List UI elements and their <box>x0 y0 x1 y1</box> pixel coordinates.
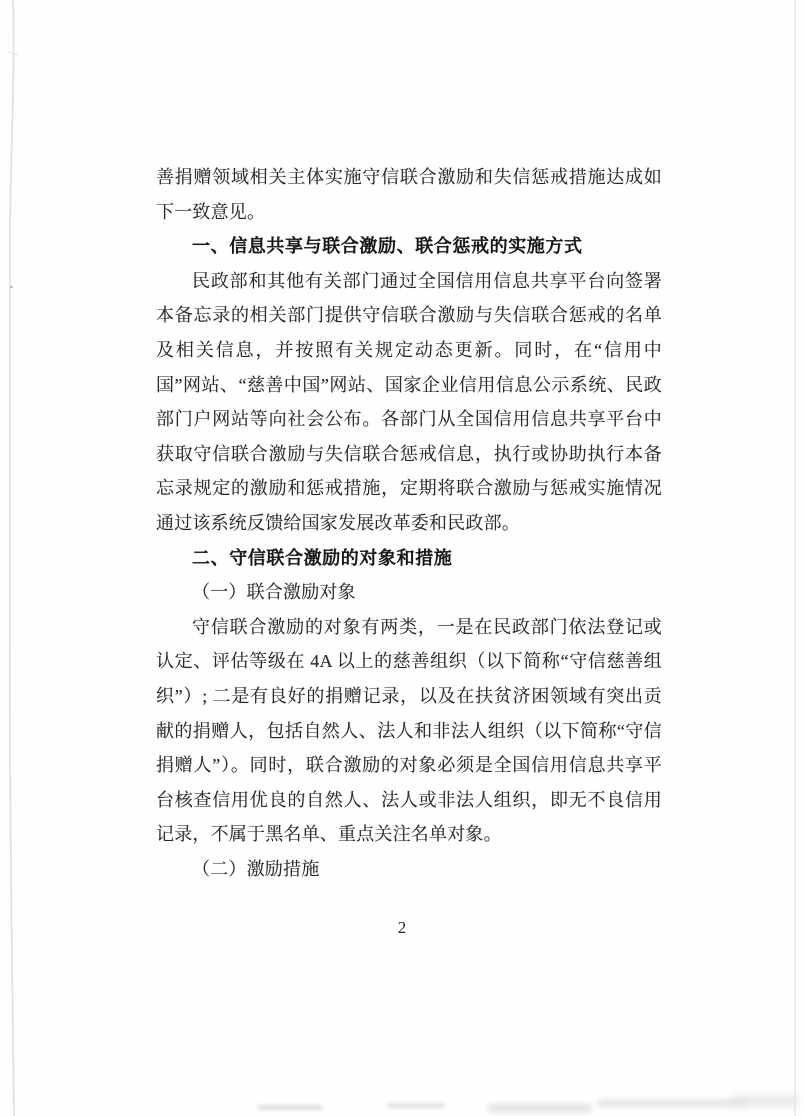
subsection-heading-measures: （二）激励措施 <box>156 852 662 887</box>
scan-smudge-bottom <box>732 1096 798 1106</box>
subsection-heading-targets: （一）联合激励对象 <box>156 575 662 610</box>
page-number: 2 <box>156 918 648 938</box>
document-page: 善捐赠领域相关主体实施守信联合激励和失信惩戒措施达成如下一致意见。 一、信息共享… <box>156 160 662 886</box>
paragraph-continuation: 善捐赠领域相关主体实施守信联合激励和失信惩戒措施达成如下一致意见。 <box>156 160 662 229</box>
paragraph-incentive-targets: 守信联合激励的对象有两类，一是在民政部门依法登记或认定、评估等级在 4A 以上的… <box>156 610 662 852</box>
section-heading-1: 一、信息共享与联合激励、联合惩戒的实施方式 <box>156 229 662 264</box>
section-heading-2: 二、守信联合激励的对象和措施 <box>156 541 662 576</box>
scan-smudge-bottom <box>258 1106 322 1109</box>
paragraph-info-sharing: 民政部和其他有关部门通过全国信用信息共享平台向签署本备忘录的相关部门提供守信联合… <box>156 264 662 541</box>
scan-crease-left <box>0 0 30 1116</box>
scan-smudge-bottom <box>488 1104 592 1112</box>
scan-smudge-bottom <box>598 1100 748 1106</box>
scan-smudge-bottom <box>388 1104 444 1107</box>
scan-edge-right <box>794 0 796 1116</box>
scan-speck <box>10 286 13 288</box>
